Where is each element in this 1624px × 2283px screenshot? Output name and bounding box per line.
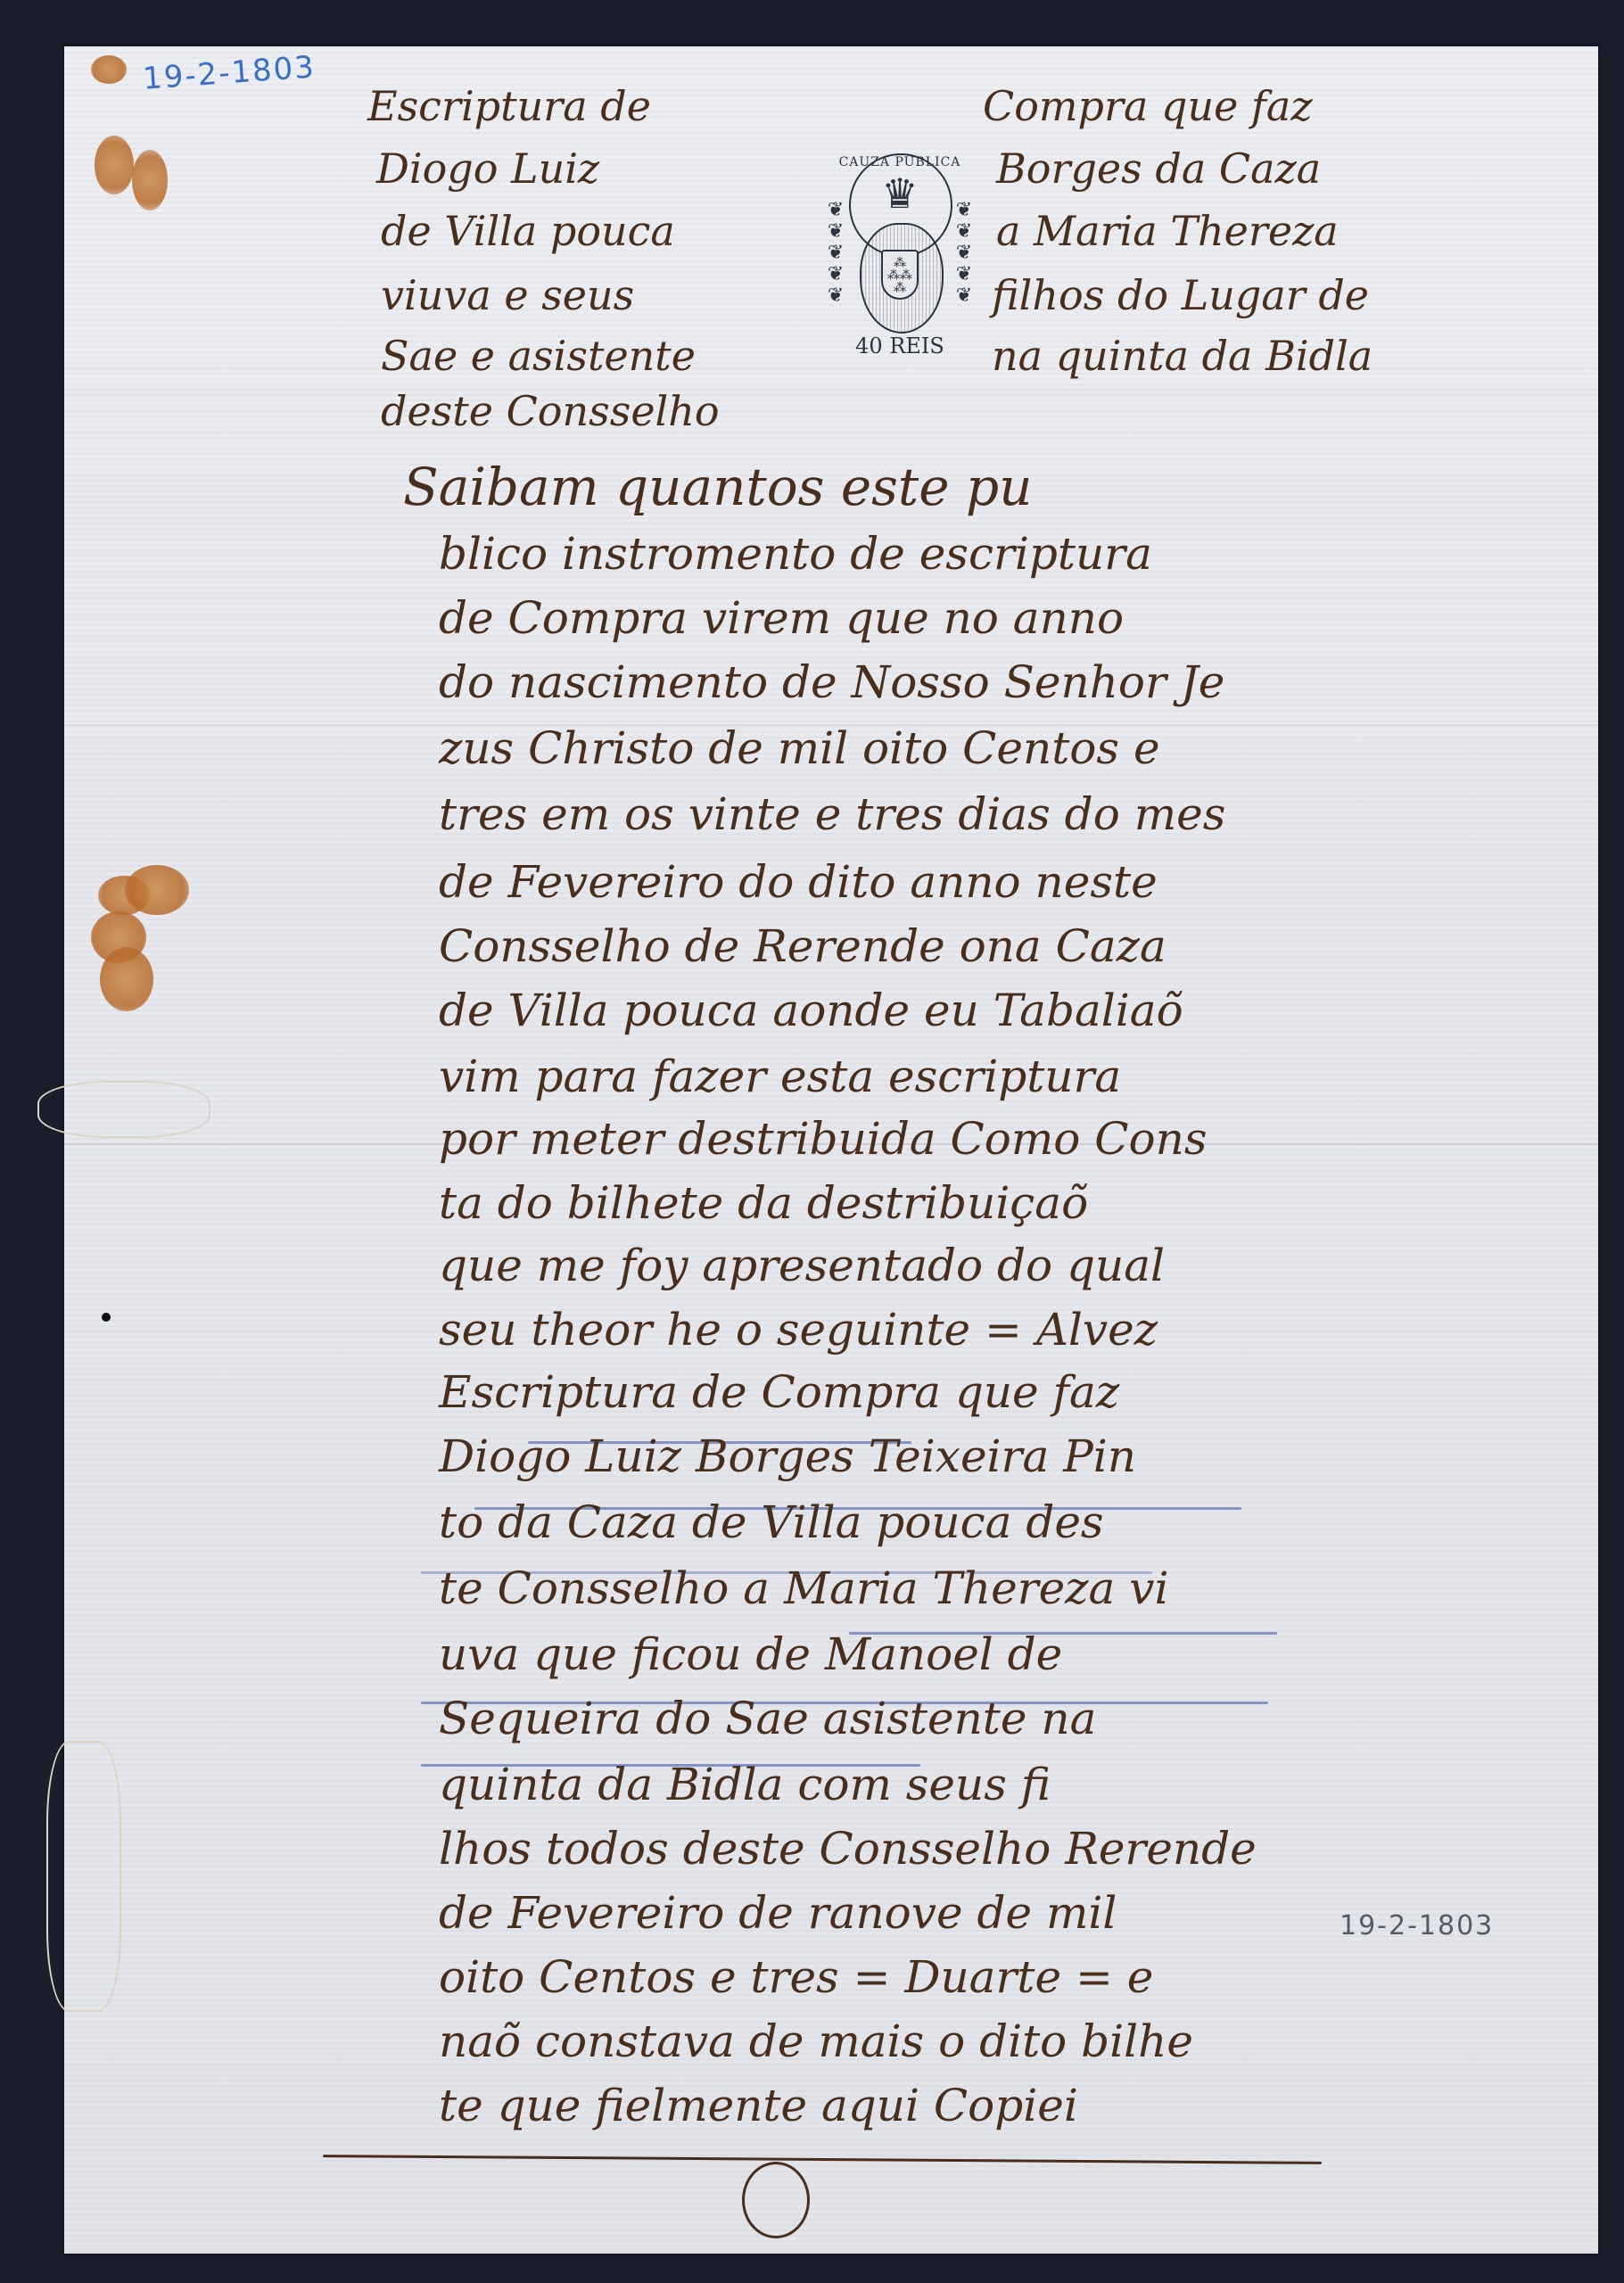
body-line-7: de Fevereiro do dito anno neste (439, 856, 1158, 908)
body-line-9: de Villa pouca aonde eu Tabaliaõ (439, 985, 1183, 1036)
rust-stain (91, 55, 127, 84)
body-line-1: Saibam quantos este pu (403, 457, 1033, 517)
body-line-2: blico instromento de escriptura (439, 528, 1152, 580)
body-line-5: zus Christo de mil oito Centos e (439, 722, 1160, 774)
header-right-5: na quinta da Bidla (992, 330, 1373, 382)
body-line-16: Diogo Luiz Borges Teixeira Pin (439, 1430, 1136, 1482)
body-line-19: uva que ficou de Manoel de (439, 1628, 1062, 1680)
body-line-10: vim para fazer esta escriptura (439, 1051, 1121, 1102)
laurel-right-icon: ❦❦❦❦❦ (951, 200, 977, 334)
body-line-14: seu theor he o seguinte = Alvez (439, 1304, 1158, 1356)
archive-date-margin: 19-2-1803 (1340, 1910, 1494, 1941)
body-line-18: te Consselho a Maria Thereza vi (439, 1562, 1168, 1614)
body-line-8: Consselho de Rerende ona Caza (439, 920, 1166, 972)
rust-stain (95, 136, 134, 194)
closing-flourish (742, 2162, 810, 2238)
header-left-5: Sae e asistente (381, 330, 696, 382)
header-right-3: a Maria Thereza (996, 205, 1339, 257)
body-line-15: Escriptura de Compra que faz (439, 1366, 1119, 1418)
body-line-12: ta do bilhete da destribuiçaõ (439, 1177, 1088, 1229)
header-right-1: Compra que faz (983, 80, 1313, 132)
archive-date-top: 19-2-1803 (142, 49, 317, 96)
stamp-arc-text: CAUZA PUBLICA (815, 155, 985, 169)
binding-thread (37, 1081, 210, 1138)
rust-stain (125, 865, 189, 915)
header-left-6: deste Consselho (381, 385, 720, 437)
header-left-4: viuva e seus (381, 269, 634, 321)
header-right-4: filhos do Lugar de (992, 269, 1369, 321)
body-line-25: naõ constava de mais o dito bilhe (439, 2015, 1193, 2067)
body-line-22: lhos todos deste Consselho Rerende (439, 1823, 1257, 1875)
body-line-23: de Fevereiro de ranove de mil (439, 1887, 1117, 1939)
body-line-24: oito Centos e tres = Duarte = e (439, 1951, 1153, 2003)
body-line-4: do nascimento de Nosso Senhor Je (439, 656, 1224, 708)
header-left-2: Diogo Luiz (376, 143, 599, 194)
laurel-left-icon: ❦❦❦❦❦ (822, 200, 849, 334)
header-left-1: Escriptura de (367, 80, 651, 132)
binding-thread (46, 1741, 121, 2012)
header-left-3: de Villa pouca (381, 205, 675, 257)
coat-of-arms-icon: ⁂ ⁂⁂ ⁂ (860, 223, 944, 334)
manuscript-page: 19-2-1803 19-2-1803 Escriptura de Diogo … (64, 46, 1598, 2254)
body-line-11: por meter destribuida Como Cons (439, 1113, 1208, 1165)
quinas-shield-icon: ⁂ ⁂⁂ ⁂ (881, 250, 919, 300)
body-line-21: quinta da Bidla com seus fi (439, 1759, 1051, 1810)
header-right-2: Borges da Caza (996, 143, 1321, 194)
ink-dot (102, 1313, 111, 1322)
tax-stamp: CAUZA PUBLICA ♛ ❦❦❦❦❦ ❦❦❦❦❦ ⁂ ⁂⁂ ⁂ 40 RE… (815, 146, 985, 360)
body-line-3: de Compra virem que no anno (439, 592, 1124, 644)
stamp-value: 40 REIS (815, 334, 985, 359)
body-line-17: to da Caza de Villa pouca des (439, 1496, 1104, 1548)
closing-rule (323, 2155, 1322, 2164)
rust-stain (132, 150, 168, 210)
body-line-13: que me foy apresentado do qual (439, 1240, 1165, 1291)
body-line-6: tres em os vinte e tres dias do mes (439, 788, 1225, 840)
rust-stain (100, 947, 153, 1011)
body-line-20: Sequeira do Sae asistente na (439, 1693, 1096, 1744)
body-line-26: te que fielmente aqui Copiei (439, 2080, 1078, 2131)
